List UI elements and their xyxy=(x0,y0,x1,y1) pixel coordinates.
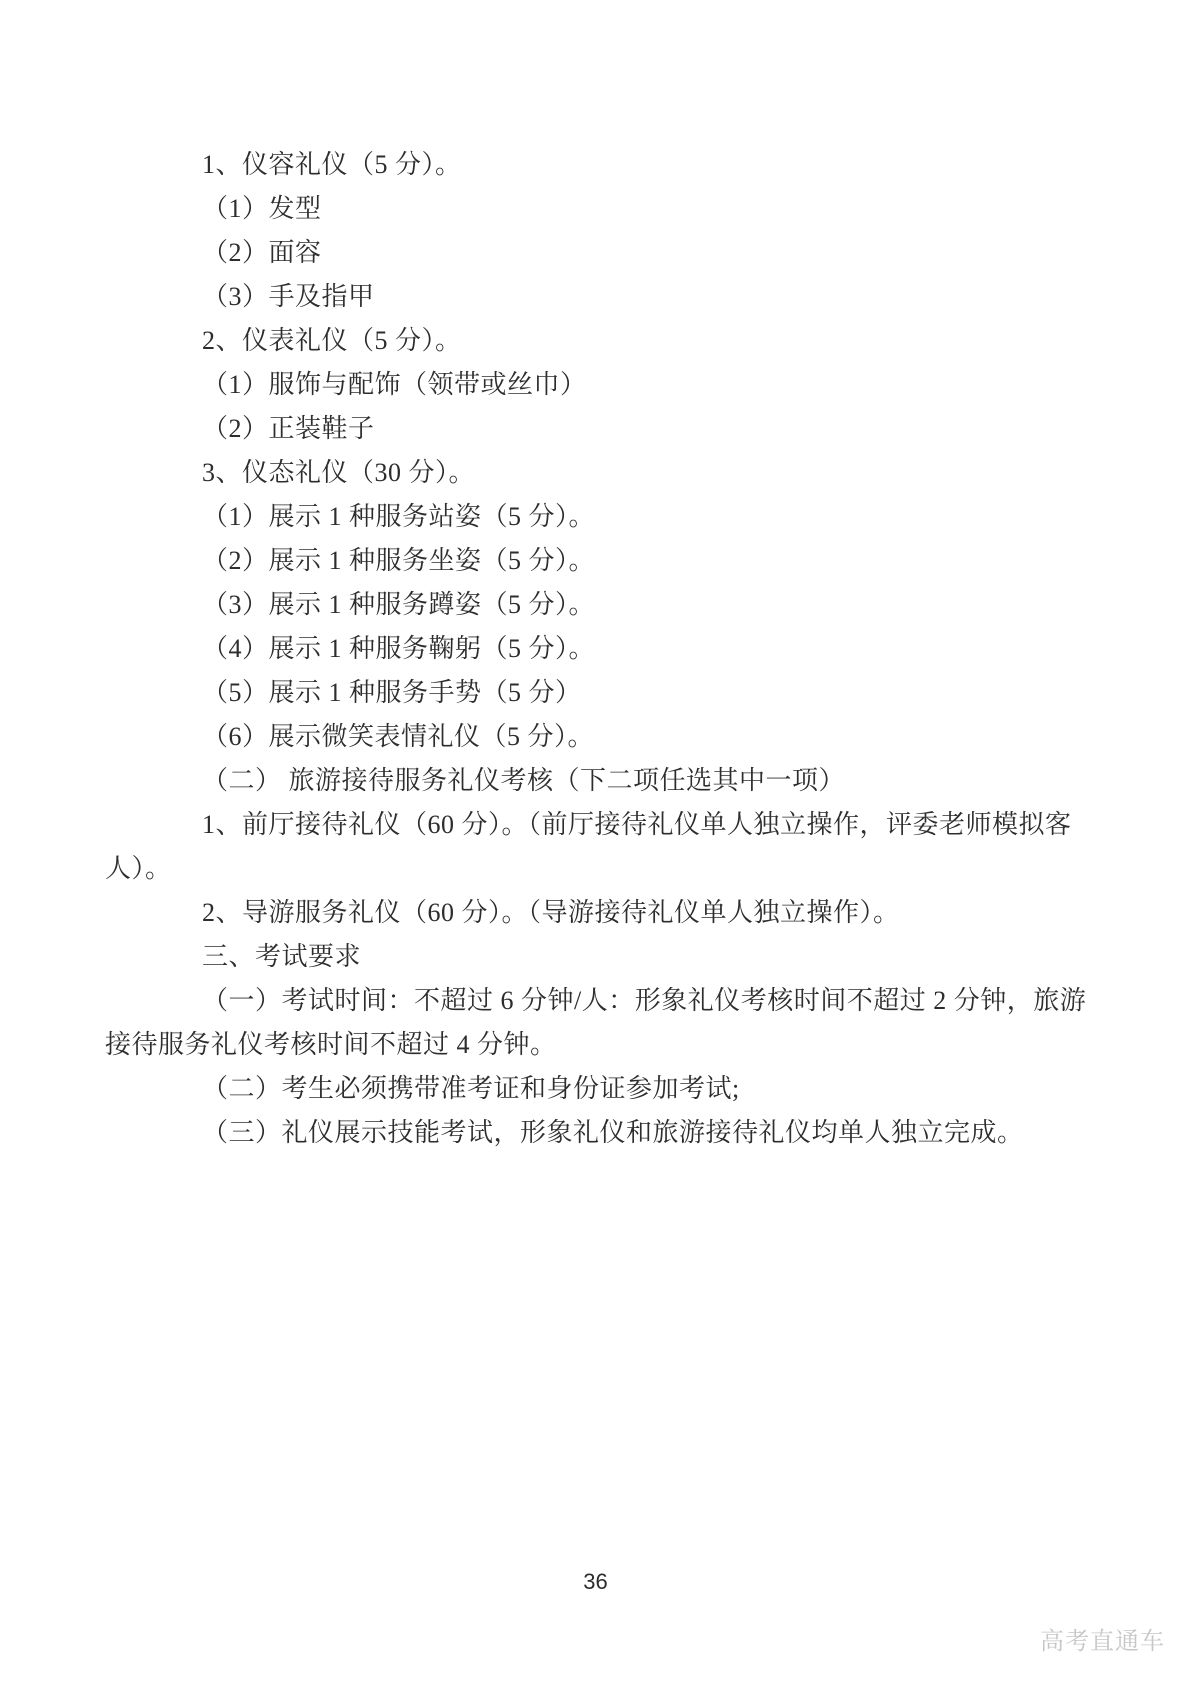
text-line: （3）手及指甲 xyxy=(105,275,1091,319)
text-line: （1）服饰与配饰（领带或丝巾） xyxy=(105,363,1091,407)
text-line: （4）展示 1 种服务鞠躬（5 分）。 xyxy=(105,627,1091,671)
text-line: （二）考生必须携带准考证和身份证参加考试; xyxy=(105,1067,1091,1111)
text-line: 1、前厅接待礼仪（60 分）。（前厅接待礼仪单人独立操作，评委老师模拟客 xyxy=(105,803,1091,847)
text-line: 2、仪表礼仪（5 分）。 xyxy=(105,319,1091,363)
text-line: 3、仪态礼仪（30 分）。 xyxy=(105,451,1091,495)
text-line: （2）正装鞋子 xyxy=(105,407,1091,451)
watermark-logo: 高考直通车 xyxy=(1040,1628,1165,1656)
text-line: 接待服务礼仪考核时间不超过 4 分钟。 xyxy=(105,1023,1091,1067)
text-line: （二） 旅游接待服务礼仪考核（下二项任选其中一项） xyxy=(105,759,1091,803)
text-line: （3）展示 1 种服务蹲姿（5 分）。 xyxy=(105,583,1091,627)
document-page: 1、仪容礼仪（5 分）。 （1）发型 （2）面容 （3）手及指甲 2、仪表礼仪（… xyxy=(0,0,1191,1684)
page-number: 36 xyxy=(0,1568,1191,1596)
text-line: 1、仪容礼仪（5 分）。 xyxy=(105,143,1091,187)
text-line: （2）展示 1 种服务坐姿（5 分）。 xyxy=(105,539,1091,583)
text-line: （5）展示 1 种服务手势（5 分） xyxy=(105,671,1091,715)
text-line: 三、考试要求 xyxy=(105,935,1091,979)
text-line: （6）展示微笑表情礼仪（5 分）。 xyxy=(105,715,1091,759)
text-line: （1）发型 xyxy=(105,187,1091,231)
text-line: （三）礼仪展示技能考试，形象礼仪和旅游接待礼仪均单人独立完成。 xyxy=(105,1111,1091,1155)
text-line: （1）展示 1 种服务站姿（5 分）。 xyxy=(105,495,1091,539)
text-line: 2、导游服务礼仪（60 分）。（导游接待礼仪单人独立操作）。 xyxy=(105,891,1091,935)
document-body: 1、仪容礼仪（5 分）。 （1）发型 （2）面容 （3）手及指甲 2、仪表礼仪（… xyxy=(105,143,1091,1155)
text-line: 人）。 xyxy=(105,847,1091,891)
text-line: （2）面容 xyxy=(105,231,1091,275)
text-line: （一）考试时间：不超过 6 分钟/人：形象礼仪考核时间不超过 2 分钟，旅游 xyxy=(105,979,1091,1023)
